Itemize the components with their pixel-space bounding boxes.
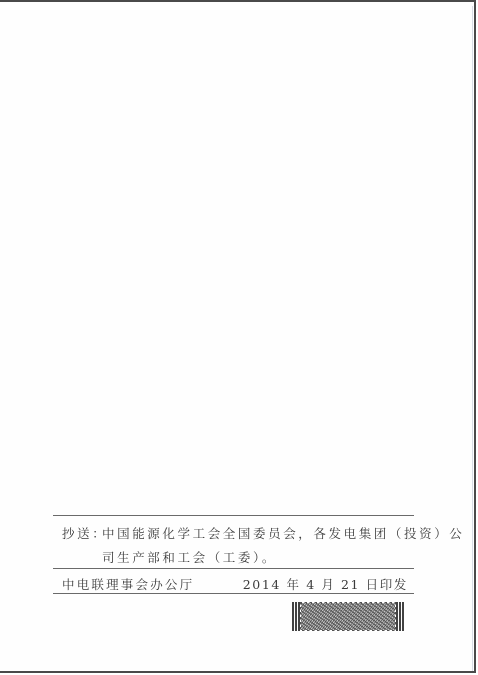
divider-top	[53, 515, 414, 516]
issuer-name: 中电联理事会办公厅	[62, 575, 194, 593]
cc-label: 抄送：	[62, 524, 107, 542]
divider-middle	[53, 568, 414, 569]
issue-date: 2014 年 4 月 21 日印发	[243, 575, 408, 593]
barcode-pattern	[301, 603, 395, 630]
cc-recipients-line1: 中国能源化学工会全国委员会，各发电集团（投资）公	[102, 524, 464, 542]
document-page: 抄送： 中国能源化学工会全国委员会，各发电集团（投资）公 司生产部和工会（工委）…	[0, 0, 476, 673]
divider-bottom	[53, 593, 414, 594]
cc-recipients-line2: 司生产部和工会（工委）。	[102, 548, 277, 566]
scan-edge-line	[472, 6, 473, 671]
barcode-icon	[292, 602, 404, 631]
